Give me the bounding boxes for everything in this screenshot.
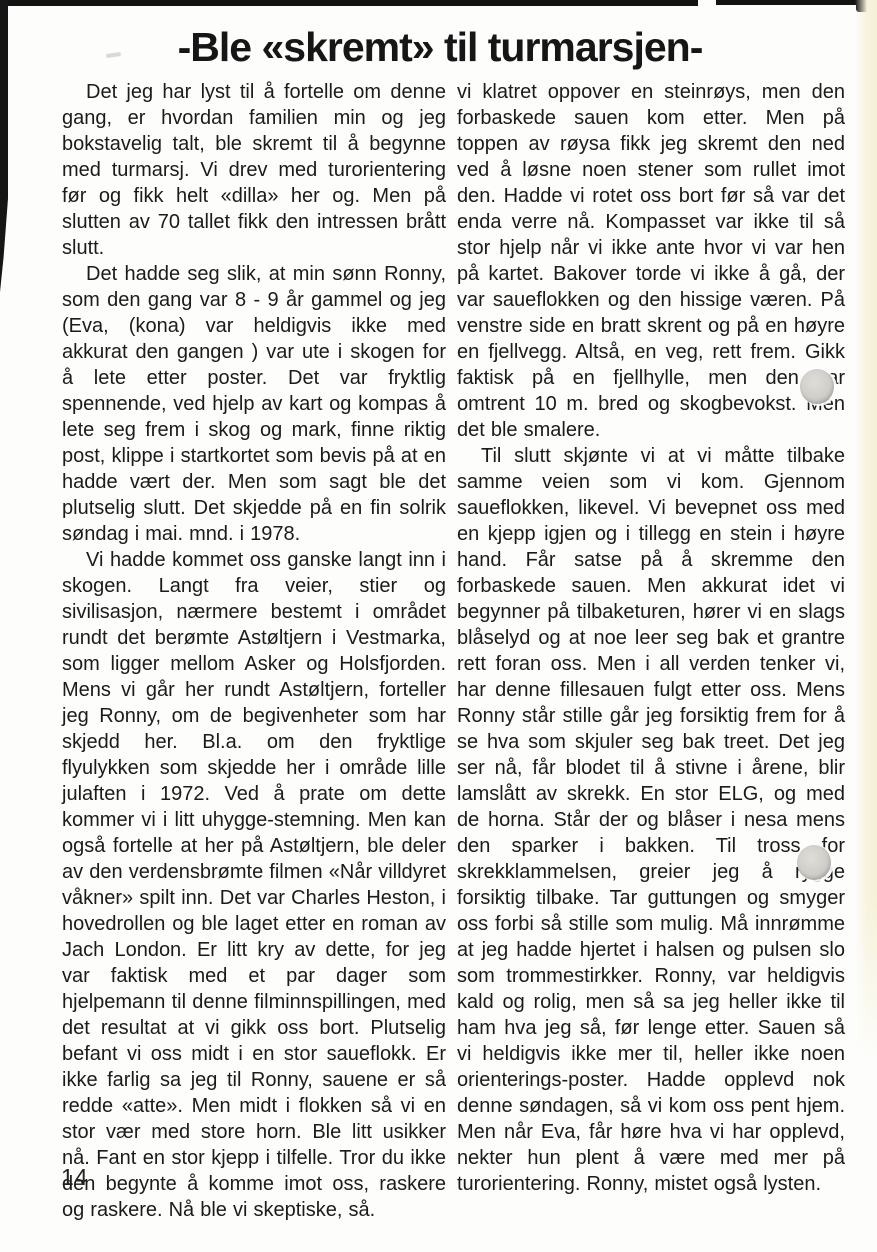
paragraph-continuation: vi klatret oppover en steinrøys, men den… [457,79,845,443]
paragraph: Det hadde seg slik, at min sønn Ronny, s… [62,261,446,547]
page-edge-shadow [855,0,877,1060]
right-text-column: vi klatret oppover en steinrøys, men den… [457,79,845,1197]
paragraph: Til slutt skjønte vi at vi måtte tilbake… [457,443,845,1197]
left-text-column: Det jeg har lyst til å fortelle om denne… [62,79,446,1223]
scan-edge-artifact-left [0,0,8,292]
scanned-magazine-page: -Ble «skremt» til turmarsjen- Det jeg ha… [0,0,877,1252]
scan-edge-artifact-top-right [716,0,877,5]
paragraph: Det jeg har lyst til å fortelle om denne… [62,79,446,261]
page-number: 14 [61,1164,89,1191]
paragraph: Vi hadde kommet oss ganske langt inn i s… [62,547,446,1223]
article-title: -Ble «skremt» til turmarsjen- [40,24,840,71]
hole-punch-bottom-icon [797,845,831,880]
hole-punch-top-icon [800,369,834,404]
scan-edge-artifact-top-left [0,0,698,6]
